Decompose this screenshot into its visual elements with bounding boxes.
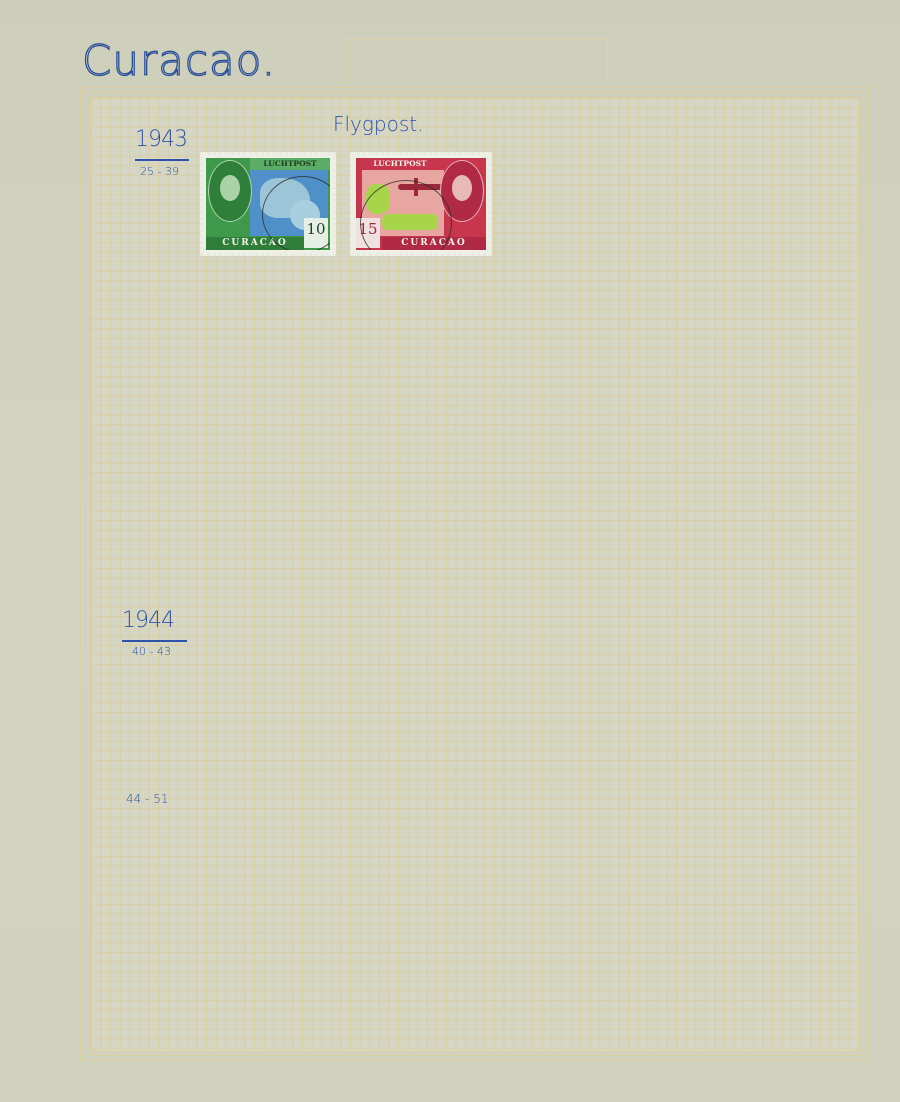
portrait-icon xyxy=(208,160,252,222)
stamp-top-text: LUCHTPOST xyxy=(250,158,330,170)
year-underline xyxy=(122,640,187,642)
stamp-top-text: LUCHTPOST xyxy=(356,158,444,170)
year-label: 1944 xyxy=(122,608,174,633)
stamp-10-cent: LUCHTPOST CURACAO 10 xyxy=(200,152,336,256)
postmark-icon xyxy=(262,176,330,250)
label-box xyxy=(346,39,608,84)
catalogue-range: 25 - 39 xyxy=(140,165,179,178)
section-heading: Flygpost. xyxy=(333,112,423,136)
year-underline xyxy=(135,159,189,161)
stamp-15-cent: LUCHTPOST CURACAO 15 xyxy=(350,152,492,256)
catalogue-range: 40 - 43 xyxy=(132,645,171,658)
country-title: Curacao. xyxy=(82,36,276,85)
year-label: 1943 xyxy=(135,127,187,152)
album-page: Curacao. Flygpost. 1943 25 - 39 1944 40 … xyxy=(0,0,900,1102)
catalogue-range: 44 - 51 xyxy=(126,792,169,806)
